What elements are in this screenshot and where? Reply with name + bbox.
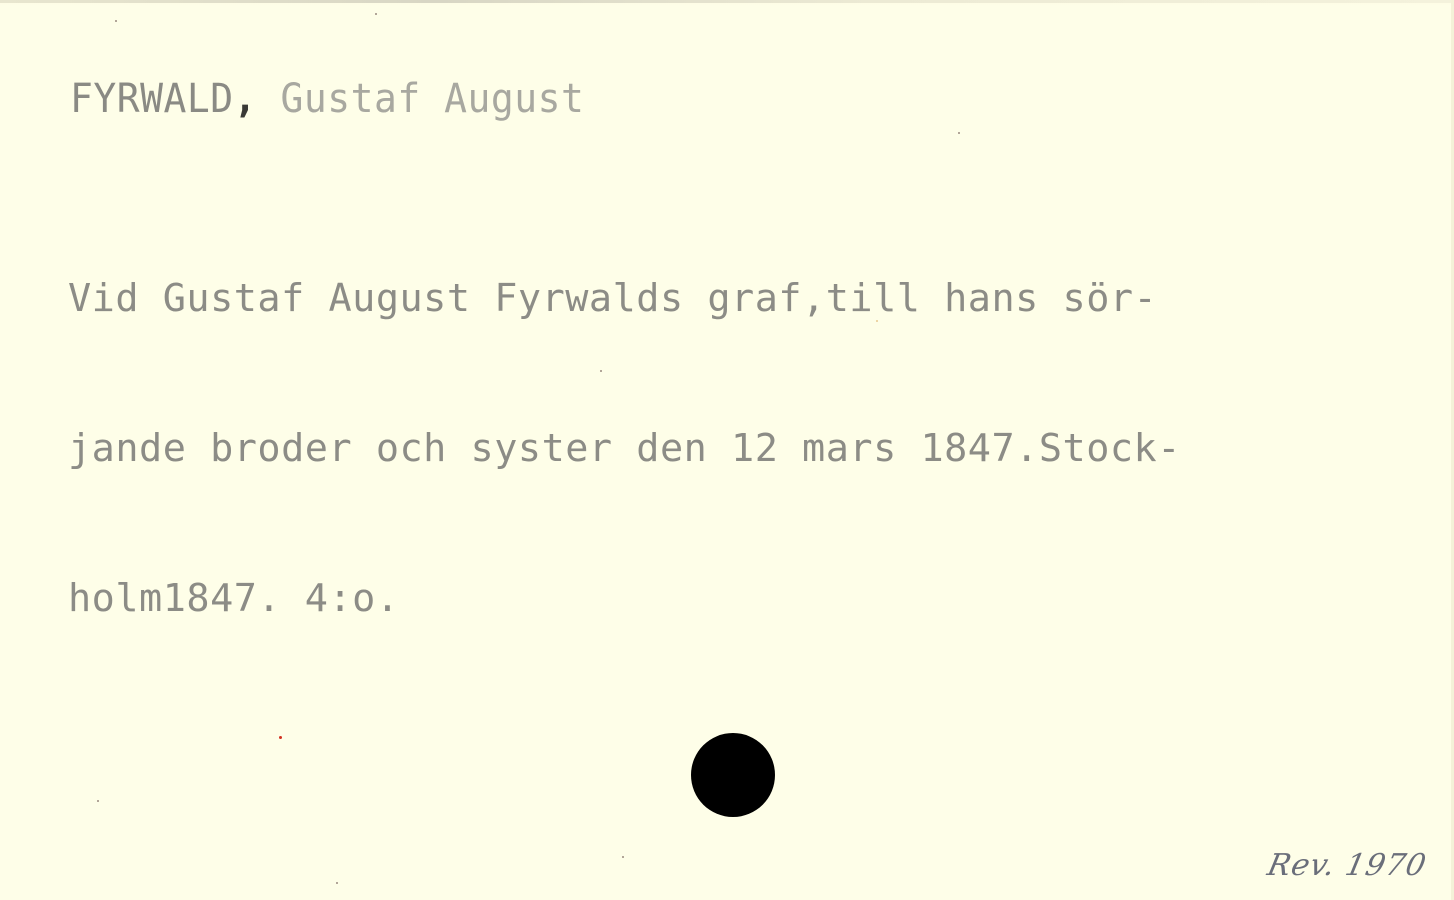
paper-speck	[600, 370, 602, 372]
paper-speck	[97, 800, 99, 802]
punch-hole	[691, 733, 775, 817]
paper-speck	[876, 320, 878, 322]
heading-given-names: Gustaf August	[280, 75, 584, 121]
catalog-card: FYRWALD, Gustaf August Vid Gustaf August…	[0, 0, 1454, 900]
body-line-3: holm1847. 4:o.	[68, 574, 1181, 624]
paper-speck	[375, 13, 377, 15]
body-line-2: jande broder och syster den 12 mars 1847…	[68, 424, 1181, 474]
card-heading: FYRWALD, Gustaf August	[70, 72, 584, 125]
heading-surname: FYRWALD	[70, 75, 234, 121]
body-line-1: Vid Gustaf August Fyrwalds graf,till han…	[68, 274, 1181, 324]
card-top-edge	[0, 0, 1454, 3]
card-body: Vid Gustaf August Fyrwalds graf,till han…	[68, 174, 1181, 724]
paper-speck	[958, 132, 960, 134]
paper-speck	[115, 20, 117, 22]
revision-annotation: Rev. 1970	[1264, 848, 1430, 883]
paper-speck	[336, 882, 338, 884]
paper-speck	[279, 736, 282, 739]
heading-separator: ,	[234, 75, 257, 121]
paper-speck	[622, 856, 624, 858]
